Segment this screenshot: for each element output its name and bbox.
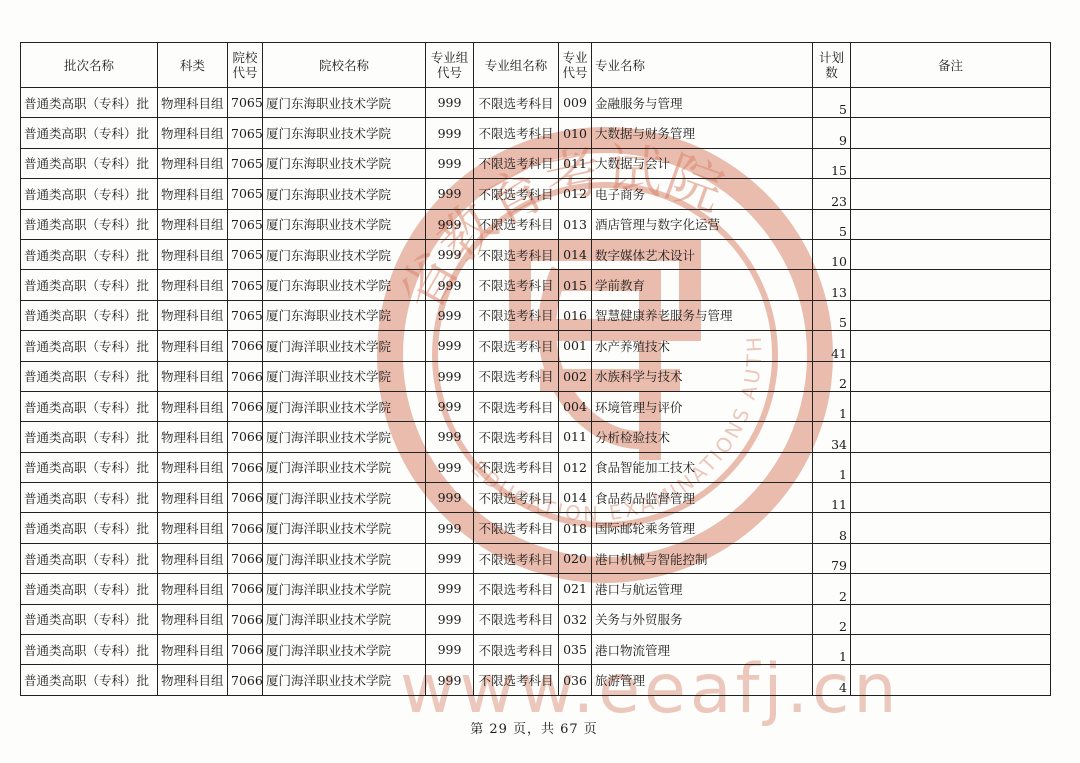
cell-major-code: 001 [559,331,592,361]
cell-major-code: 021 [559,574,592,604]
cell-remarks [851,574,1051,604]
cell-school-code: 7066 [228,513,263,543]
cell-batch: 普通类高职（专科）批 [21,118,158,148]
cell-major-name: 酒店管理与数字化运营 [592,209,813,239]
cell-school-name: 厦门海洋职业技术学院 [263,361,426,391]
table-row: 普通类高职（专科）批 物理科目组 7066 厦门海洋职业技术学院 999 不限选… [21,543,1051,573]
cell-plan-count: 34 [813,422,851,452]
table-row: 普通类高职（专科）批 物理科目组 7066 厦门海洋职业技术学院 999 不限选… [21,574,1051,604]
cell-plan-count: 5 [813,88,851,118]
header-batch: 批次名称 [21,43,158,88]
table-row: 普通类高职（专科）批 物理科目组 7065 厦门东海职业技术学院 999 不限选… [21,209,1051,239]
cell-major-name: 港口机械与智能控制 [592,543,813,573]
cell-remarks [851,513,1051,543]
cell-group-name: 不限选考科目 [474,270,559,300]
cell-remarks [851,88,1051,118]
cell-major-name: 港口物流管理 [592,635,813,665]
cell-school-name: 厦门东海职业技术学院 [263,300,426,330]
cell-category: 物理科目组 [158,452,228,482]
cell-group-code: 999 [426,452,474,482]
cell-remarks [851,604,1051,634]
cell-plan-count: 5 [813,209,851,239]
cell-remarks [851,635,1051,665]
cell-major-code: 015 [559,270,592,300]
cell-category: 物理科目组 [158,483,228,513]
cell-group-name: 不限选考科目 [474,635,559,665]
cell-plan-count: 41 [813,331,851,361]
cell-group-name: 不限选考科目 [474,574,559,604]
cell-school-code: 7066 [228,361,263,391]
table-row: 普通类高职（专科）批 物理科目组 7065 厦门东海职业技术学院 999 不限选… [21,300,1051,330]
cell-group-code: 999 [426,209,474,239]
cell-category: 物理科目组 [158,635,228,665]
cell-plan-count: 10 [813,239,851,269]
cell-major-name: 大数据与会计 [592,148,813,178]
cell-major-code: 009 [559,88,592,118]
cell-group-name: 不限选考科目 [474,118,559,148]
cell-group-name: 不限选考科目 [474,604,559,634]
cell-category: 物理科目组 [158,179,228,209]
cell-batch: 普通类高职（专科）批 [21,513,158,543]
cell-major-name: 大数据与财务管理 [592,118,813,148]
cell-batch: 普通类高职（专科）批 [21,452,158,482]
cell-category: 物理科目组 [158,300,228,330]
cell-major-code: 010 [559,118,592,148]
cell-group-name: 不限选考科目 [474,148,559,178]
cell-remarks [851,179,1051,209]
cell-major-name: 学前教育 [592,270,813,300]
cell-major-name: 数字媒体艺术设计 [592,239,813,269]
cell-school-code: 7066 [228,665,263,695]
cell-school-name: 厦门海洋职业技术学院 [263,452,426,482]
cell-batch: 普通类高职（专科）批 [21,148,158,178]
cell-plan-count: 2 [813,574,851,604]
cell-category: 物理科目组 [158,665,228,695]
header-major-code: 专业代号 [559,43,592,88]
cell-remarks [851,300,1051,330]
cell-group-code: 999 [426,422,474,452]
cell-category: 物理科目组 [158,361,228,391]
cell-batch: 普通类高职（专科）批 [21,422,158,452]
cell-batch: 普通类高职（专科）批 [21,209,158,239]
cell-group-name: 不限选考科目 [474,361,559,391]
table-row: 普通类高职（专科）批 物理科目组 7065 厦门东海职业技术学院 999 不限选… [21,88,1051,118]
cell-major-code: 011 [559,148,592,178]
cell-remarks [851,239,1051,269]
cell-group-code: 999 [426,361,474,391]
cell-school-code: 7066 [228,574,263,604]
cell-major-code: 004 [559,391,592,421]
cell-plan-count: 2 [813,604,851,634]
cell-major-name: 食品药品监督管理 [592,483,813,513]
cell-category: 物理科目组 [158,574,228,604]
cell-plan-count: 8 [813,513,851,543]
cell-plan-count: 5 [813,300,851,330]
cell-batch: 普通类高职（专科）批 [21,574,158,604]
cell-group-code: 999 [426,88,474,118]
cell-school-code: 7066 [228,391,263,421]
header-group-code: 专业组代号 [426,43,474,88]
cell-major-name: 港口与航运管理 [592,574,813,604]
cell-major-name: 旅游管理 [592,665,813,695]
cell-major-code: 014 [559,239,592,269]
cell-batch: 普通类高职（专科）批 [21,179,158,209]
cell-school-name: 厦门海洋职业技术学院 [263,331,426,361]
cell-school-name: 厦门海洋职业技术学院 [263,513,426,543]
cell-school-code: 7065 [228,239,263,269]
cell-plan-count: 79 [813,543,851,573]
table-row: 普通类高职（专科）批 物理科目组 7065 厦门东海职业技术学院 999 不限选… [21,179,1051,209]
table-row: 普通类高职（专科）批 物理科目组 7065 厦门东海职业技术学院 999 不限选… [21,148,1051,178]
table-row: 普通类高职（专科）批 物理科目组 7066 厦门海洋职业技术学院 999 不限选… [21,391,1051,421]
cell-group-name: 不限选考科目 [474,452,559,482]
header-plan-count: 计划数 [813,43,851,88]
cell-school-name: 厦门东海职业技术学院 [263,270,426,300]
cell-remarks [851,452,1051,482]
cell-group-code: 999 [426,270,474,300]
cell-school-name: 厦门东海职业技术学院 [263,239,426,269]
cell-batch: 普通类高职（专科）批 [21,270,158,300]
cell-batch: 普通类高职（专科）批 [21,88,158,118]
cell-batch: 普通类高职（专科）批 [21,300,158,330]
cell-batch: 普通类高职（专科）批 [21,361,158,391]
cell-plan-count: 1 [813,635,851,665]
cell-school-code: 7065 [228,148,263,178]
cell-category: 物理科目组 [158,118,228,148]
cell-plan-count: 15 [813,148,851,178]
cell-major-code: 020 [559,543,592,573]
cell-school-name: 厦门东海职业技术学院 [263,209,426,239]
cell-plan-count: 9 [813,118,851,148]
cell-batch: 普通类高职（专科）批 [21,665,158,695]
cell-group-name: 不限选考科目 [474,391,559,421]
cell-major-code: 018 [559,513,592,543]
cell-remarks [851,118,1051,148]
cell-group-code: 999 [426,148,474,178]
cell-batch: 普通类高职（专科）批 [21,635,158,665]
cell-group-name: 不限选考科目 [474,209,559,239]
table-row: 普通类高职（专科）批 物理科目组 7066 厦门海洋职业技术学院 999 不限选… [21,361,1051,391]
cell-remarks [851,270,1051,300]
cell-group-name: 不限选考科目 [474,483,559,513]
cell-major-code: 014 [559,483,592,513]
cell-group-code: 999 [426,665,474,695]
cell-category: 物理科目组 [158,239,228,269]
cell-school-code: 7066 [228,635,263,665]
cell-batch: 普通类高职（专科）批 [21,331,158,361]
cell-major-name: 金融服务与管理 [592,88,813,118]
cell-group-code: 999 [426,300,474,330]
cell-major-code: 013 [559,209,592,239]
cell-school-code: 7065 [228,118,263,148]
cell-plan-count: 4 [813,665,851,695]
cell-group-code: 999 [426,331,474,361]
cell-batch: 普通类高职（专科）批 [21,543,158,573]
cell-plan-count: 11 [813,483,851,513]
cell-remarks [851,361,1051,391]
cell-group-code: 999 [426,574,474,604]
table-row: 普通类高职（专科）批 物理科目组 7066 厦门海洋职业技术学院 999 不限选… [21,604,1051,634]
cell-school-name: 厦门海洋职业技术学院 [263,422,426,452]
cell-major-name: 环境管理与评价 [592,391,813,421]
cell-major-code: 011 [559,422,592,452]
table-row: 普通类高职（专科）批 物理科目组 7066 厦门海洋职业技术学院 999 不限选… [21,665,1051,695]
table-row: 普通类高职（专科）批 物理科目组 7065 厦门东海职业技术学院 999 不限选… [21,270,1051,300]
cell-group-name: 不限选考科目 [474,88,559,118]
cell-school-code: 7065 [228,179,263,209]
cell-remarks [851,209,1051,239]
table-row: 普通类高职（专科）批 物理科目组 7066 厦门海洋职业技术学院 999 不限选… [21,635,1051,665]
cell-group-name: 不限选考科目 [474,513,559,543]
cell-school-code: 7066 [228,422,263,452]
cell-school-name: 厦门海洋职业技术学院 [263,604,426,634]
cell-remarks [851,543,1051,573]
cell-major-code: 032 [559,604,592,634]
cell-category: 物理科目组 [158,391,228,421]
cell-school-name: 厦门东海职业技术学院 [263,179,426,209]
cell-school-name: 厦门东海职业技术学院 [263,118,426,148]
cell-remarks [851,422,1051,452]
cell-remarks [851,391,1051,421]
cell-group-code: 999 [426,513,474,543]
cell-plan-count: 13 [813,270,851,300]
cell-category: 物理科目组 [158,513,228,543]
cell-school-name: 厦门海洋职业技术学院 [263,665,426,695]
table-row: 普通类高职（专科）批 物理科目组 7066 厦门海洋职业技术学院 999 不限选… [21,452,1051,482]
cell-category: 物理科目组 [158,209,228,239]
cell-major-code: 002 [559,361,592,391]
table-row: 普通类高职（专科）批 物理科目组 7065 厦门东海职业技术学院 999 不限选… [21,239,1051,269]
cell-school-code: 7065 [228,300,263,330]
cell-school-code: 7066 [228,604,263,634]
table-row: 普通类高职（专科）批 物理科目组 7066 厦门海洋职业技术学院 999 不限选… [21,483,1051,513]
cell-group-name: 不限选考科目 [474,422,559,452]
header-group-name: 专业组名称 [474,43,559,88]
cell-school-code: 7066 [228,452,263,482]
cell-group-code: 999 [426,391,474,421]
cell-school-name: 厦门海洋职业技术学院 [263,635,426,665]
cell-school-code: 7065 [228,270,263,300]
page-number: 第 29 页，共 67 页 [0,718,1080,737]
cell-school-code: 7065 [228,209,263,239]
cell-remarks [851,148,1051,178]
cell-major-code: 012 [559,179,592,209]
cell-batch: 普通类高职（专科）批 [21,239,158,269]
cell-major-name: 关务与外贸服务 [592,604,813,634]
table-header-row: 批次名称 科类 院校代号 院校名称 专业组代号 专业组名称 专业代号 专业名称 … [21,43,1051,88]
cell-major-name: 国际邮轮乘务管理 [592,513,813,543]
cell-school-name: 厦门东海职业技术学院 [263,88,426,118]
cell-major-name: 水族科学与技术 [592,361,813,391]
cell-school-code: 7066 [228,543,263,573]
cell-category: 物理科目组 [158,148,228,178]
cell-plan-count: 1 [813,452,851,482]
cell-group-code: 999 [426,179,474,209]
cell-category: 物理科目组 [158,422,228,452]
cell-category: 物理科目组 [158,543,228,573]
cell-batch: 普通类高职（专科）批 [21,391,158,421]
cell-school-code: 7066 [228,483,263,513]
cell-group-code: 999 [426,635,474,665]
cell-batch: 普通类高职（专科）批 [21,604,158,634]
header-school-name: 院校名称 [263,43,426,88]
cell-school-name: 厦门海洋职业技术学院 [263,483,426,513]
cell-group-code: 999 [426,118,474,148]
header-remarks: 备注 [851,43,1051,88]
cell-plan-count: 2 [813,361,851,391]
cell-major-code: 012 [559,452,592,482]
cell-group-code: 999 [426,483,474,513]
table-row: 普通类高职（专科）批 物理科目组 7066 厦门海洋职业技术学院 999 不限选… [21,422,1051,452]
cell-major-name: 食品智能加工技术 [592,452,813,482]
cell-group-name: 不限选考科目 [474,665,559,695]
cell-batch: 普通类高职（专科）批 [21,483,158,513]
cell-group-name: 不限选考科目 [474,543,559,573]
cell-remarks [851,331,1051,361]
cell-major-name: 水产养殖技术 [592,331,813,361]
table-row: 普通类高职（专科）批 物理科目组 7066 厦门海洋职业技术学院 999 不限选… [21,513,1051,543]
cell-group-name: 不限选考科目 [474,239,559,269]
cell-major-code: 036 [559,665,592,695]
cell-major-name: 分析检验技术 [592,422,813,452]
cell-major-name: 智慧健康养老服务与管理 [592,300,813,330]
cell-plan-count: 23 [813,179,851,209]
cell-group-code: 999 [426,604,474,634]
cell-major-code: 016 [559,300,592,330]
cell-major-name: 电子商务 [592,179,813,209]
cell-category: 物理科目组 [158,88,228,118]
cell-remarks [851,665,1051,695]
cell-group-name: 不限选考科目 [474,331,559,361]
enrollment-plan-table: 批次名称 科类 院校代号 院校名称 专业组代号 专业组名称 专业代号 专业名称 … [20,42,1051,696]
cell-school-code: 7065 [228,88,263,118]
cell-group-name: 不限选考科目 [474,300,559,330]
cell-group-code: 999 [426,239,474,269]
header-category: 科类 [158,43,228,88]
cell-school-name: 厦门海洋职业技术学院 [263,574,426,604]
header-school-code: 院校代号 [228,43,263,88]
table-row: 普通类高职（专科）批 物理科目组 7065 厦门东海职业技术学院 999 不限选… [21,118,1051,148]
cell-category: 物理科目组 [158,331,228,361]
cell-category: 物理科目组 [158,604,228,634]
cell-school-name: 厦门海洋职业技术学院 [263,543,426,573]
cell-group-code: 999 [426,543,474,573]
cell-major-code: 035 [559,635,592,665]
cell-school-code: 7066 [228,331,263,361]
cell-school-name: 厦门东海职业技术学院 [263,148,426,178]
header-major-name: 专业名称 [592,43,813,88]
cell-category: 物理科目组 [158,270,228,300]
cell-group-name: 不限选考科目 [474,179,559,209]
cell-school-name: 厦门海洋职业技术学院 [263,391,426,421]
cell-plan-count: 1 [813,391,851,421]
table-row: 普通类高职（专科）批 物理科目组 7066 厦门海洋职业技术学院 999 不限选… [21,331,1051,361]
cell-remarks [851,483,1051,513]
